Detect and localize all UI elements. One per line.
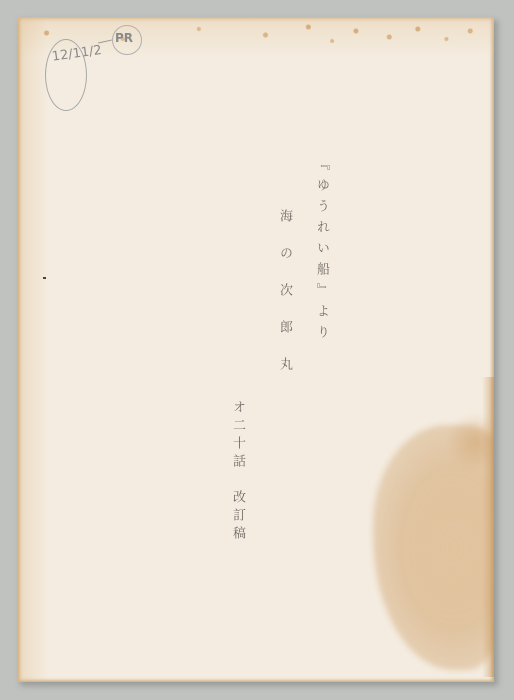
source-line: 『ゆうれい船』より (315, 157, 328, 346)
episode-line: オ二十話 改訂稿 (231, 400, 244, 544)
small-ink-mark (43, 277, 46, 279)
pencil-date-note: 12/11/2 (51, 45, 79, 66)
water-stain-upper (448, 412, 494, 472)
document-title: 海の次郎丸 (278, 209, 291, 394)
pencil-pr-note: PR (115, 31, 133, 45)
script-cover-page: 12/11/2 PR 『ゆうれい船』より 海の次郎丸 オ二十話 改訂稿 (18, 17, 494, 682)
left-edge-toning (18, 17, 48, 682)
